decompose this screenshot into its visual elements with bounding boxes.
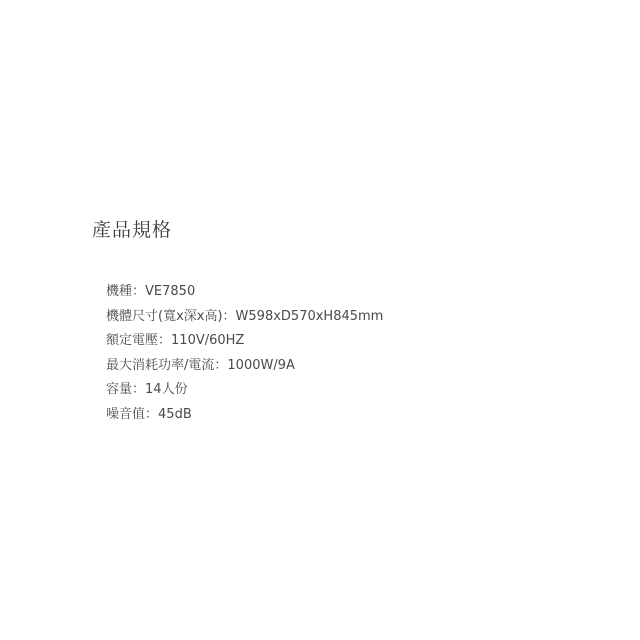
spec-label: 最大消耗功率/電流 (106, 358, 214, 373)
spec-value: 45dB (158, 407, 192, 422)
spec-item-noise: 噪音值：45dB (106, 403, 383, 428)
spec-value: VE7850 (145, 284, 195, 299)
spec-label: 機體尺寸(寬x深x高) (106, 309, 223, 324)
spec-item-power: 最大消耗功率/電流：1000W/9A (106, 354, 383, 379)
spec-value: 14人份 (145, 382, 188, 397)
spec-item-model: 機種：VE7850 (106, 280, 383, 305)
product-spec-section: 產品規格 機種：VE7850 機體尺寸(寬x深x高)：W598xD570xH84… (0, 0, 640, 640)
spec-value: 110V/60HZ (171, 333, 244, 348)
spec-list: 機種：VE7850 機體尺寸(寬x深x高)：W598xD570xH845mm 額… (106, 280, 383, 427)
spec-separator: ： (214, 358, 227, 373)
spec-separator: ： (132, 382, 145, 397)
spec-separator: ： (158, 333, 171, 348)
spec-separator: ： (223, 309, 236, 324)
spec-label: 容量 (106, 382, 132, 397)
spec-label: 機種 (106, 284, 132, 299)
spec-title: 產品規格 (92, 218, 172, 242)
spec-value: W598xD570xH845mm (236, 309, 384, 324)
spec-separator: ： (132, 284, 145, 299)
spec-item-dimensions: 機體尺寸(寬x深x高)：W598xD570xH845mm (106, 305, 383, 330)
spec-separator: ： (145, 407, 158, 422)
spec-item-capacity: 容量：14人份 (106, 378, 383, 403)
spec-label: 額定電壓 (106, 333, 158, 348)
spec-item-voltage: 額定電壓：110V/60HZ (106, 329, 383, 354)
spec-label: 噪音值 (106, 407, 145, 422)
spec-value: 1000W/9A (227, 358, 294, 373)
